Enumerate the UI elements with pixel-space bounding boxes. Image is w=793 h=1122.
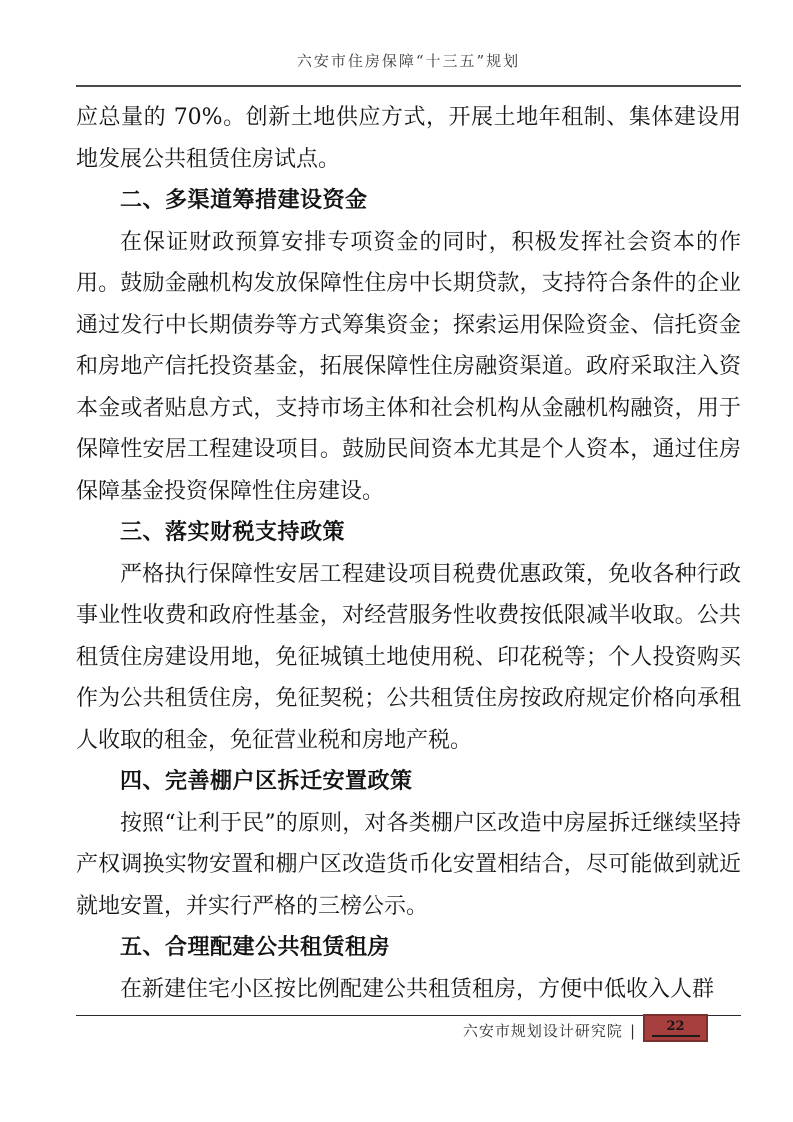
page-footer: 六安市规划设计研究院| (76, 1020, 636, 1041)
body-paragraph: 严格执行保障性安居工程建设项目税费优惠政策，免收各种行政事业性收费和政府性基金，… (76, 554, 741, 762)
body-paragraph-continued: 应总量的 70%。创新土地供应方式，开展土地年租制、集体建设用地发展公共租赁住房… (76, 97, 741, 180)
section-heading-4: 四、完善棚户区拆迁安置政策 (76, 761, 741, 803)
header-title: 六安市住房保障“十三五”规划 (297, 50, 520, 71)
page-number-box: 22 (643, 1014, 708, 1042)
footer-divider (76, 1015, 741, 1016)
page-header: 六安市住房保障“十三五”规划 (76, 50, 741, 71)
footer-institution: 六安市规划设计研究院 (463, 1022, 623, 1040)
section-heading-3: 三、落实财税支持政策 (76, 512, 741, 554)
body-paragraph: 在保证财政预算安排专项资金的同时，积极发挥社会资本的作用。鼓励金融机构发放保障性… (76, 222, 741, 513)
section-heading-5: 五、合理配建公共租赁租房 (76, 927, 741, 969)
section-heading-2: 二、多渠道筹措建设资金 (76, 180, 741, 222)
body-paragraph: 在新建住宅小区按比例配建公共租赁租房，方便中低收入人群 (76, 969, 741, 1011)
header-divider (76, 85, 741, 87)
document-body: 应总量的 70%。创新土地供应方式，开展土地年租制、集体建设用地发展公共租赁住房… (76, 97, 741, 1010)
document-page: 六安市住房保障“十三五”规划 应总量的 70%。创新土地供应方式，开展土地年租制… (0, 0, 793, 1122)
footer-separator: | (630, 1022, 636, 1040)
body-paragraph: 按照“让利于民”的原则，对各类棚户区改造中房屋拆迁继续坚持产权调换实物安置和棚户… (76, 803, 741, 928)
page-number: 22 (652, 1019, 700, 1037)
